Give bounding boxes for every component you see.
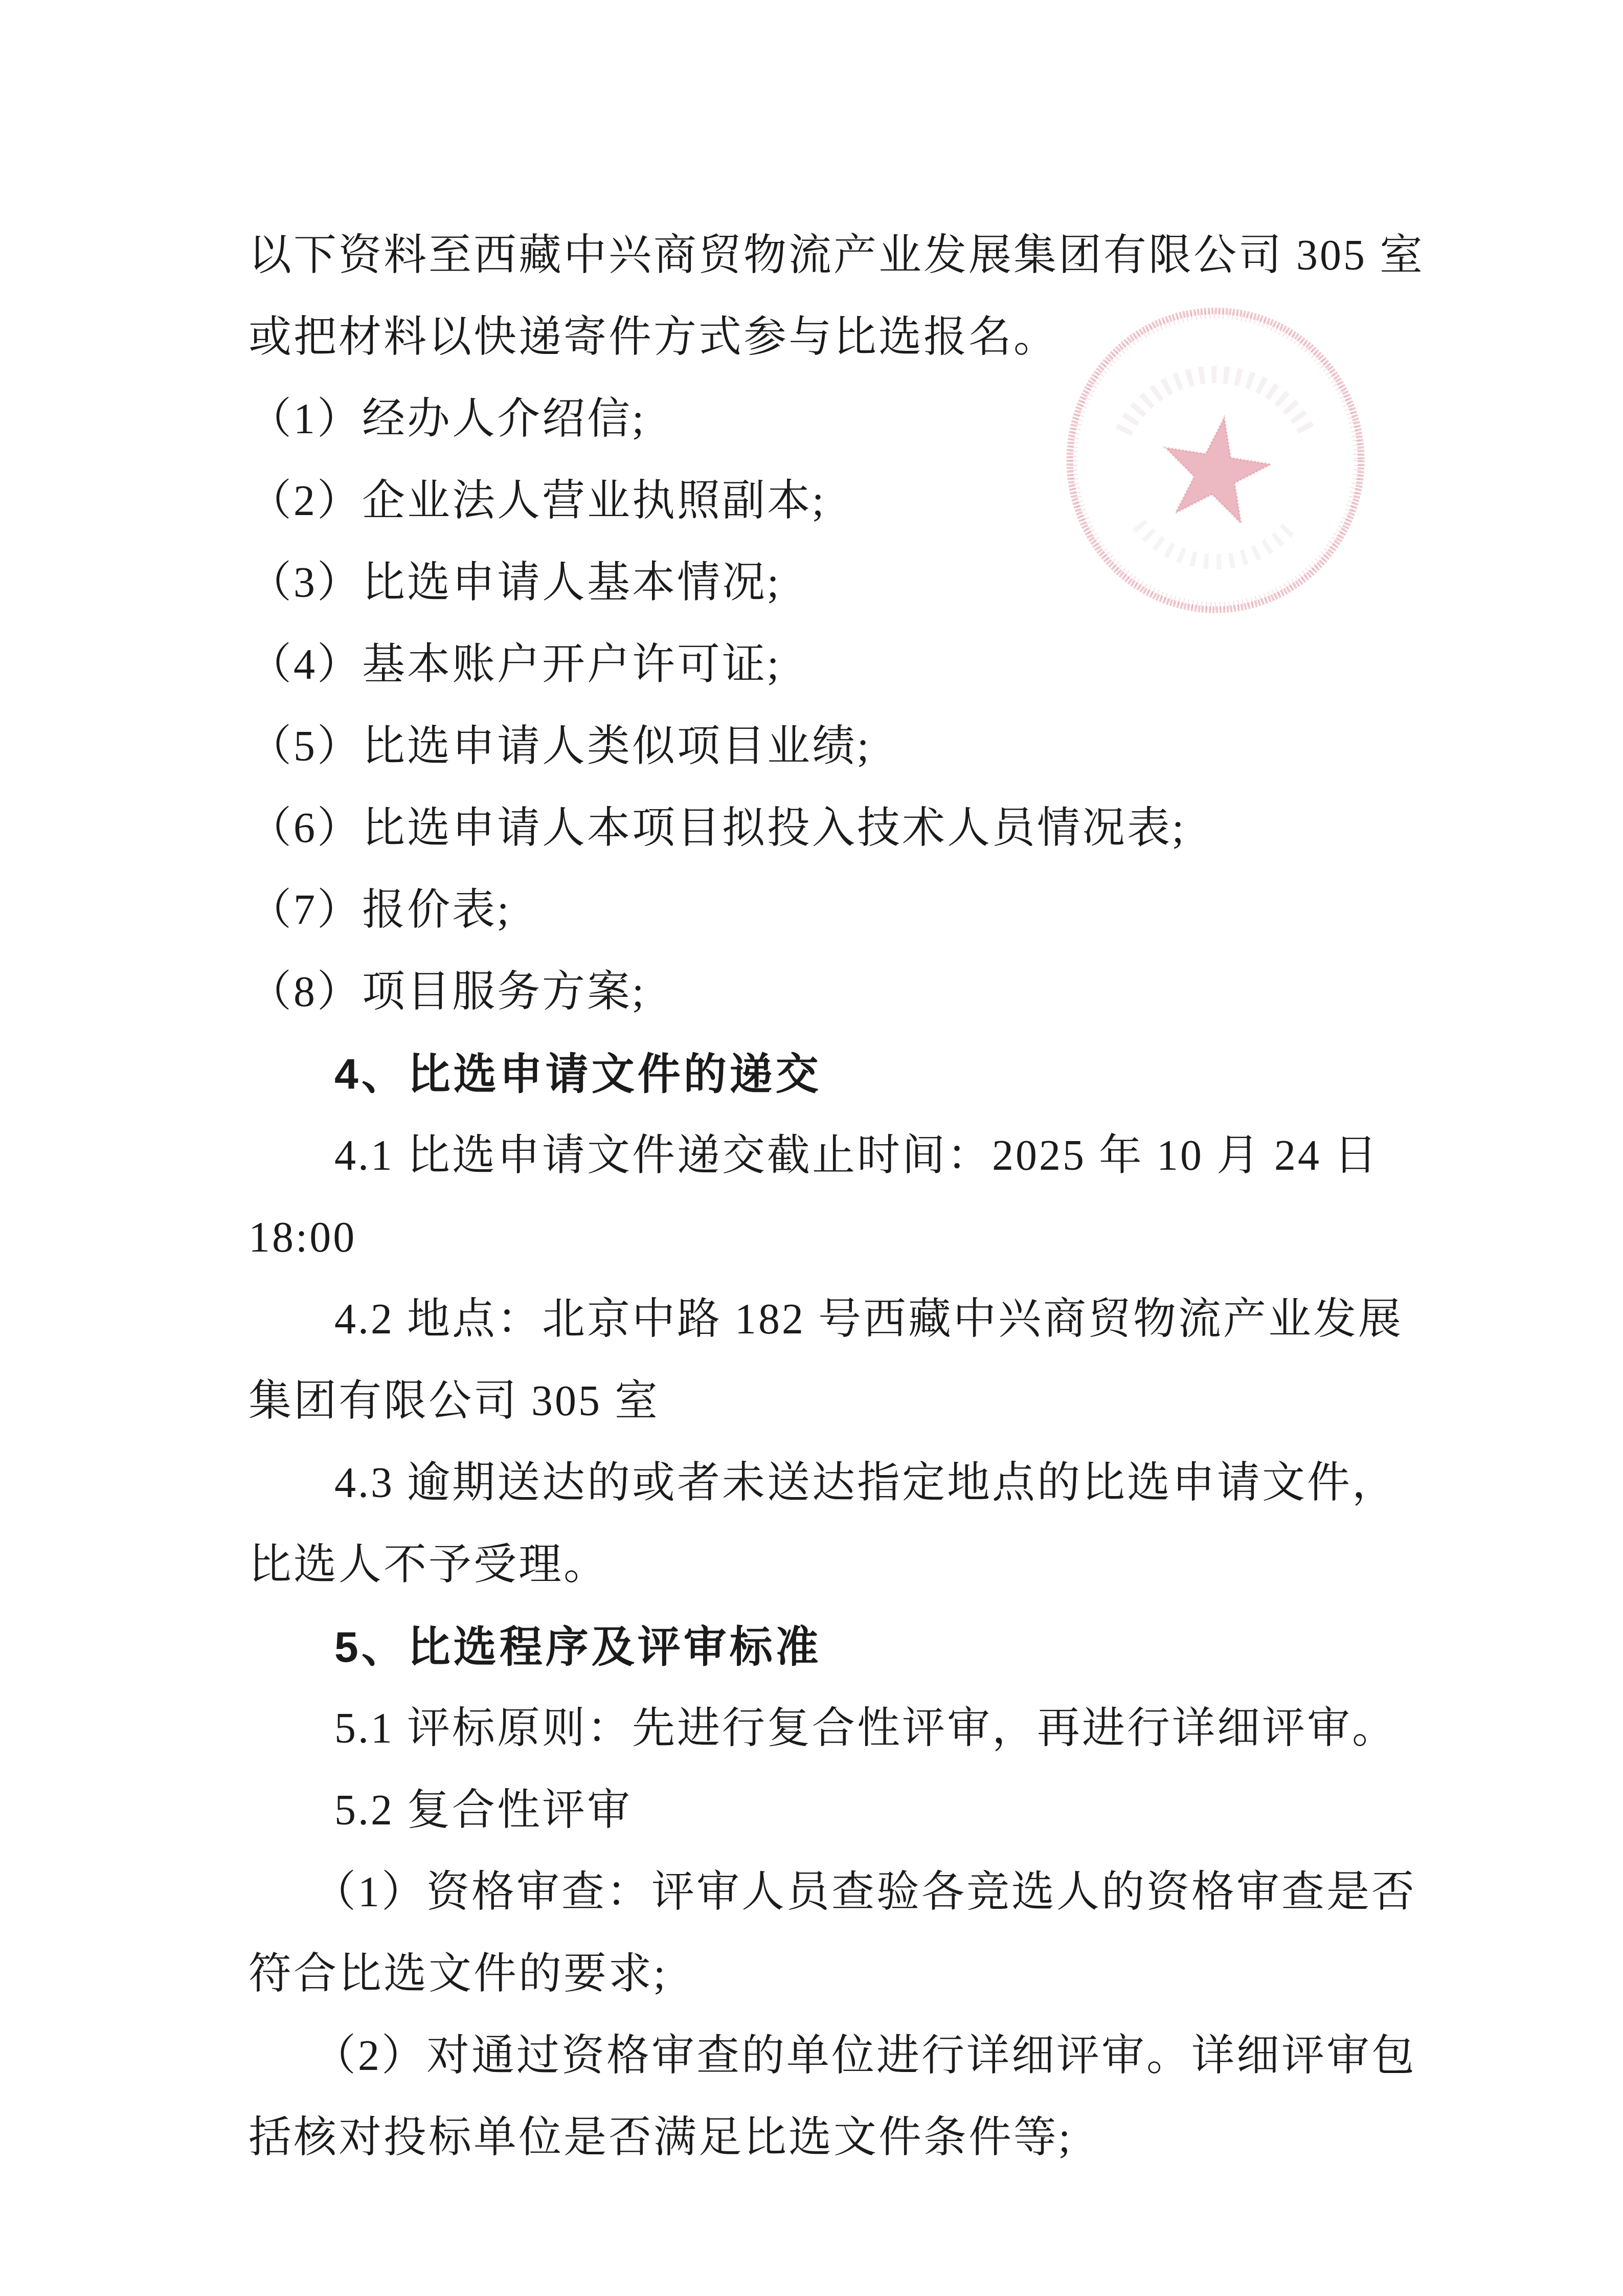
doc-line-item-5: （5）比选申请人类似项目业绩; bbox=[249, 706, 1414, 788]
doc-line-5-2-item-2-cont: 括核对投标单位是否满足比选文件条件等; bbox=[249, 2097, 1414, 2179]
section-heading-4: 4、比选申请文件的递交 bbox=[249, 1033, 1414, 1115]
doc-line-4-2: 4.2 地点：北京中路 182 号西藏中兴商贸物流产业发展 bbox=[249, 1279, 1414, 1361]
doc-line-5-2-item-1: （1）资格审查：评审人员查验各竞选人的资格审查是否 bbox=[249, 1852, 1414, 1933]
doc-line-5-2-item-1-cont: 符合比选文件的要求; bbox=[249, 1933, 1414, 2015]
doc-line-5-1: 5.1 评标原则：先进行复合性评审，再进行详细评审。 bbox=[249, 1688, 1414, 1770]
document-body: 以下资料至西藏中兴商贸物流产业发展集团有限公司 305 室 或把材料以快递寄件方… bbox=[249, 215, 1414, 2179]
doc-line: 以下资料至西藏中兴商贸物流产业发展集团有限公司 305 室 bbox=[249, 215, 1414, 297]
section-heading-5: 5、比选程序及评审标准 bbox=[249, 1606, 1414, 1688]
doc-line-time: 18:00 bbox=[249, 1197, 1414, 1279]
doc-line-4-1: 4.1 比选申请文件递交截止时间：2025 年 10 月 24 日 bbox=[249, 1115, 1414, 1197]
doc-line-4-3: 4.3 逾期送达的或者未送达指定地点的比选申请文件， bbox=[249, 1442, 1414, 1524]
doc-line-5-2-item-2: （2）对通过资格审查的单位进行详细评审。详细评审包 bbox=[249, 2015, 1414, 2097]
doc-line-item-2: （2）企业法人营业执照副本; bbox=[249, 460, 1414, 542]
document-page: 以下资料至西藏中兴商贸物流产业发展集团有限公司 305 室 或把材料以快递寄件方… bbox=[0, 0, 1623, 2296]
doc-line-item-3: （3）比选申请人基本情况; bbox=[249, 542, 1414, 624]
doc-line-item-8: （8）项目服务方案; bbox=[249, 951, 1414, 1033]
doc-line-4-3-cont: 比选人不予受理。 bbox=[249, 1524, 1414, 1606]
doc-line: 或把材料以快递寄件方式参与比选报名。 bbox=[249, 297, 1414, 378]
doc-line-item-1: （1）经办人介绍信; bbox=[249, 378, 1414, 460]
doc-line-item-4: （4）基本账户开户许可证; bbox=[249, 624, 1414, 706]
doc-line-item-6: （6）比选申请人本项目拟投入技术人员情况表; bbox=[249, 788, 1414, 870]
doc-line-4-2-cont: 集团有限公司 305 室 bbox=[249, 1361, 1414, 1442]
doc-line-5-2: 5.2 复合性评审 bbox=[249, 1770, 1414, 1852]
doc-line-item-7: （7）报价表; bbox=[249, 870, 1414, 951]
